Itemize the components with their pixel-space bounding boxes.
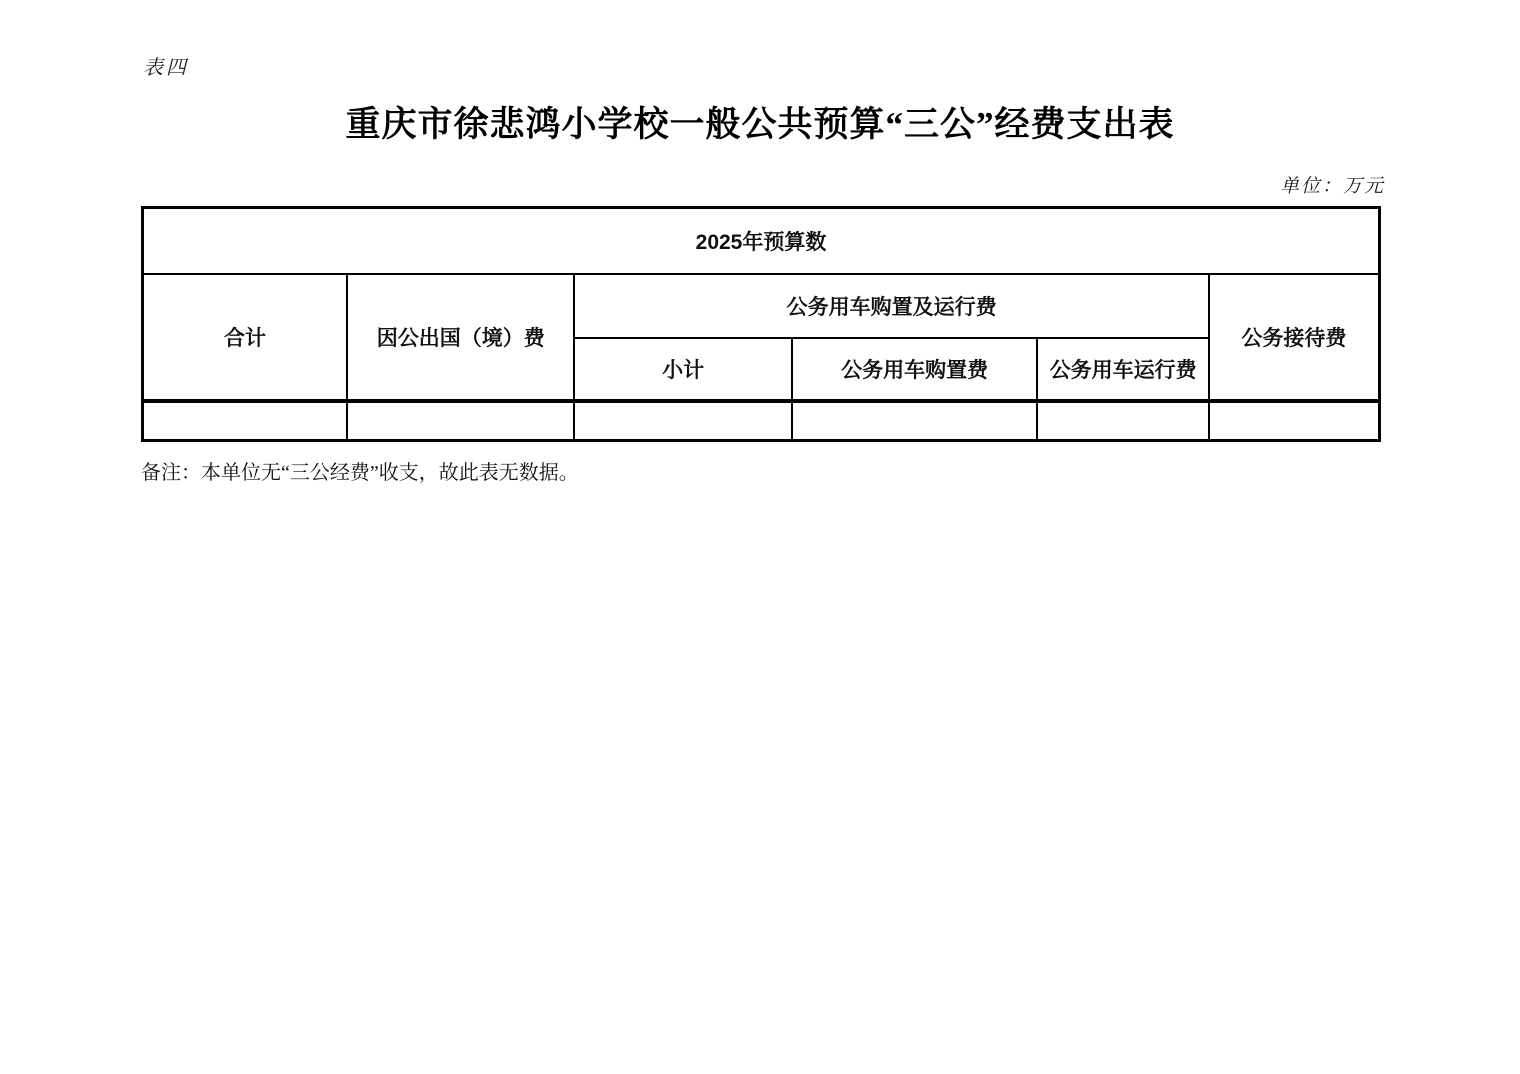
document-page: 表四 重庆市徐悲鸿小学校一般公共预算“三公”经费支出表 单位：万元 2025年预… (0, 0, 1520, 1074)
header-vehicle-operation: 公务用车运行费 (1037, 338, 1209, 401)
data-cell-total (143, 401, 347, 441)
data-cell-vehicle-purchase (792, 401, 1037, 441)
data-cell-abroad-fee (347, 401, 574, 441)
budget-table: 2025年预算数 合计 因公出国（境）费 公务用车购置及运行费 公务接待费 小计… (141, 206, 1381, 442)
data-cell-vehicle-subtotal (574, 401, 791, 441)
footnote: 备注：本单位无“三公经费”收支，故此表无数据。 (141, 456, 579, 485)
unit-label: 单位：万元 (1280, 171, 1385, 198)
header-vehicle-subtotal: 小计 (574, 338, 791, 401)
header-abroad-fee: 因公出国（境）费 (347, 274, 574, 401)
table-row-header-upper: 合计 因公出国（境）费 公务用车购置及运行费 公务接待费 (143, 274, 1380, 338)
header-vehicle-group: 公务用车购置及运行费 (574, 274, 1208, 338)
page-title: 重庆市徐悲鸿小学校一般公共预算“三公”经费支出表 (0, 97, 1520, 147)
header-reception-fee: 公务接待费 (1209, 274, 1380, 401)
data-cell-reception-fee (1209, 401, 1380, 441)
header-vehicle-purchase: 公务用车购置费 (792, 338, 1037, 401)
header-total: 合计 (143, 274, 347, 401)
table-row-year: 2025年预算数 (143, 208, 1380, 274)
table-row-data (143, 401, 1380, 441)
year-header-cell: 2025年预算数 (143, 208, 1380, 274)
table-number-label: 表四 (143, 51, 189, 80)
data-cell-vehicle-operation (1037, 401, 1209, 441)
